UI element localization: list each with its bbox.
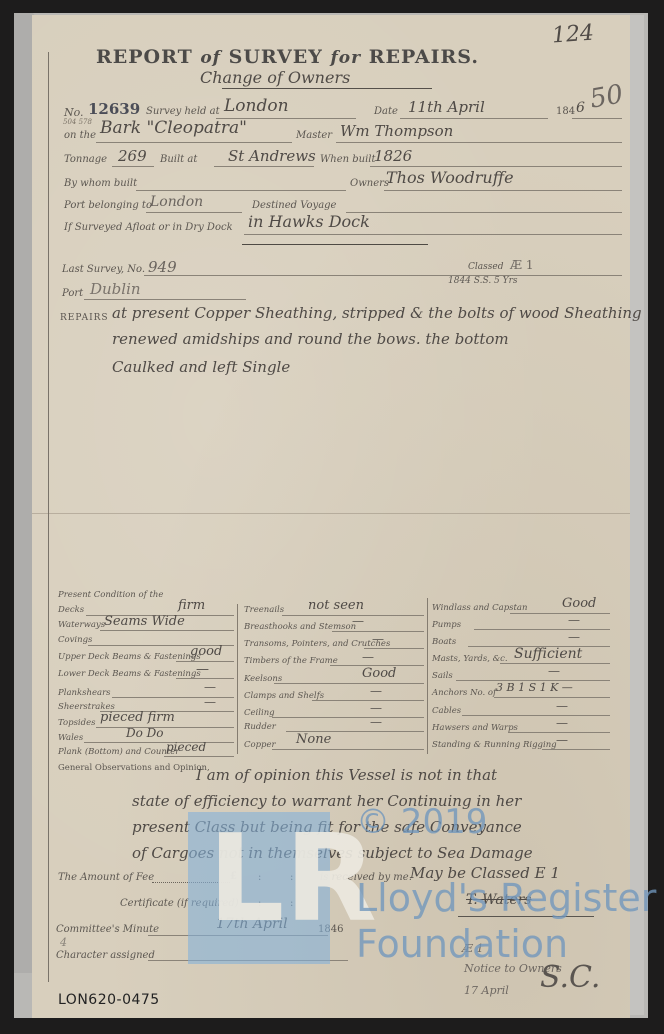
watermark-org-line-2: Foundation bbox=[356, 922, 568, 966]
port-rule bbox=[84, 299, 246, 300]
by-whom-built-label: By whom built bbox=[64, 178, 137, 189]
sails-label: Sails bbox=[432, 671, 453, 681]
when-built-value: 1826 bbox=[374, 147, 412, 165]
windlass-label: Windlass and Capstan bbox=[432, 603, 527, 613]
cables-rule bbox=[462, 715, 610, 716]
classed-value: Æ 1 bbox=[510, 258, 533, 272]
treenails-label: Treenails bbox=[244, 605, 284, 615]
margin-rule bbox=[48, 52, 49, 982]
repairs-line-3: Caulked and left Single bbox=[112, 358, 290, 376]
keelsons-value: Good bbox=[362, 666, 396, 681]
waterways-value: Seams Wide bbox=[104, 614, 185, 629]
repairs-line-2: renewed amidships and round the bows. th… bbox=[112, 330, 509, 348]
pumps-rule bbox=[474, 629, 610, 630]
by-whom-built-rule bbox=[136, 190, 346, 191]
clamps-shelfs-rule bbox=[312, 700, 424, 701]
copper-rule bbox=[272, 749, 424, 750]
port-belonging-value: London bbox=[150, 194, 203, 210]
copper-value: None bbox=[296, 732, 331, 747]
note-line-3: 17 April bbox=[464, 984, 509, 997]
condition-col-divider-2 bbox=[427, 598, 428, 754]
title-word-for: for bbox=[330, 48, 361, 68]
character-assigned-label: Character assigned bbox=[56, 950, 155, 961]
anchors-rule bbox=[494, 697, 610, 698]
survey-held-value: London bbox=[224, 96, 289, 116]
last-survey-value: 949 bbox=[148, 258, 177, 276]
vessel-name: Bark "Cleopatra" bbox=[100, 118, 247, 138]
master-label: Master bbox=[296, 130, 332, 141]
pumps-label: Pumps bbox=[432, 620, 461, 630]
rudder-value: — bbox=[370, 715, 382, 729]
owners-rule bbox=[384, 190, 622, 191]
hawsers-warps-value: — bbox=[556, 716, 568, 730]
port-label: Port bbox=[62, 288, 83, 299]
lower-deck-beams-rule bbox=[176, 678, 234, 679]
rigging-rule bbox=[542, 749, 610, 750]
topsides-value: pieced firm bbox=[100, 710, 175, 725]
plank-bottom-counter-rule bbox=[164, 756, 234, 757]
survey-held-label: Survey held at bbox=[146, 106, 220, 117]
destined-voyage-rule bbox=[346, 212, 622, 213]
keelsons-rule bbox=[274, 683, 424, 684]
title-word-of: of bbox=[200, 48, 221, 68]
classed-note: 1844 S.S. 5 Yrs bbox=[448, 276, 518, 286]
clamps-shelfs-value: — bbox=[370, 684, 382, 698]
corner-mark: 50 bbox=[588, 79, 626, 114]
vessel-rule bbox=[96, 142, 292, 143]
masts-yards-value: Sufficient bbox=[514, 646, 582, 662]
survey-subnumber: 504 578 bbox=[63, 118, 92, 126]
ceiling-rule bbox=[272, 717, 424, 718]
side-mark: 4 bbox=[60, 936, 67, 949]
title-word-repairs: REPAIRS. bbox=[369, 46, 479, 68]
subtitle-change-of-owners: Change of Owners bbox=[200, 68, 350, 87]
surveyed-afloat-rule bbox=[244, 234, 622, 235]
sails-value: — bbox=[548, 664, 560, 678]
classed-label: Classed bbox=[468, 262, 503, 272]
built-at-label: Built at bbox=[160, 154, 197, 165]
surveyed-afloat-label: If Surveyed Afloat or in Dry Dock bbox=[64, 222, 233, 233]
topsides-label: Topsides bbox=[58, 718, 95, 728]
master-rule bbox=[336, 142, 622, 143]
year-printed: 184 bbox=[556, 106, 575, 117]
wales-value: Do Do bbox=[126, 726, 164, 740]
transoms-rule bbox=[364, 648, 424, 649]
cables-value: — bbox=[556, 699, 568, 713]
wales-rule bbox=[84, 742, 234, 743]
lr-logo-watermark: LR bbox=[188, 812, 330, 964]
hawsers-warps-label: Hawsers and Warps bbox=[432, 723, 518, 733]
repairs-line-1: at present Copper Sheathing, stripped & … bbox=[112, 304, 642, 322]
cables-label: Cables bbox=[432, 706, 461, 716]
plank-bottom-counter-label: Plank (Bottom) and Counter bbox=[58, 747, 179, 757]
tonnage-value: 269 bbox=[118, 147, 147, 165]
lower-deck-beams-value: — bbox=[196, 662, 209, 677]
ceiling-value: — bbox=[370, 701, 382, 715]
destined-voyage-label: Destined Voyage bbox=[252, 200, 336, 211]
surveyed-afloat-value: in Hawks Dock bbox=[248, 212, 370, 231]
observations-label: General Observations and Opinion, bbox=[58, 763, 210, 773]
folio-number: 124 bbox=[551, 21, 595, 49]
title-word-survey: SURVEY bbox=[229, 46, 323, 68]
port-belonging-rule bbox=[146, 212, 242, 213]
title-word-report: REPORT bbox=[96, 46, 193, 68]
copper-label: Copper bbox=[244, 740, 276, 750]
upper-deck-beams-value: good bbox=[190, 644, 222, 659]
lr-logo-letter: LR bbox=[208, 820, 377, 940]
built-at-value: St Andrews bbox=[228, 147, 316, 165]
year-rule bbox=[572, 118, 622, 119]
windlass-rule bbox=[510, 613, 610, 614]
plank-bottom-counter-value: pieced bbox=[166, 740, 206, 754]
pumps-value: — bbox=[568, 613, 580, 627]
tonnage-label: Tonnage bbox=[64, 154, 107, 165]
plankshears-value: — bbox=[204, 680, 216, 694]
covings-label: Covings bbox=[58, 635, 92, 645]
timbers-frame-value: — bbox=[362, 650, 374, 664]
last-survey-label: Last Survey, No. bbox=[62, 264, 145, 275]
port-belonging-label: Port belonging to bbox=[64, 200, 152, 211]
owners-value: Thos Woodruffe bbox=[386, 168, 514, 187]
committees-minute-label: Committee's Minute bbox=[56, 924, 159, 935]
topsides-rule bbox=[96, 727, 234, 728]
last-survey-rule bbox=[144, 275, 622, 276]
page-title: REPORT of SURVEY for REPAIRS. bbox=[96, 46, 479, 68]
date-value: 11th April bbox=[408, 98, 485, 116]
watermark-copyright: © 2019 bbox=[356, 802, 487, 842]
rigging-label: Standing & Running Rigging bbox=[432, 740, 557, 750]
ceiling-label: Ceiling bbox=[244, 708, 275, 718]
boats-label: Boats bbox=[432, 637, 456, 647]
boats-value: — bbox=[568, 630, 580, 644]
sheerstrakes-value: — bbox=[204, 695, 216, 709]
anchors-label: Anchors No. of bbox=[432, 688, 496, 698]
date-label: Date bbox=[374, 106, 398, 117]
owners-label: Owners bbox=[350, 178, 389, 189]
plankshears-label: Plankshears bbox=[58, 688, 111, 698]
when-built-label: When built bbox=[320, 154, 376, 165]
breasthooks-value: — bbox=[352, 614, 364, 628]
timbers-frame-label: Timbers of the Frame bbox=[244, 656, 338, 666]
rigging-value: — bbox=[556, 733, 568, 747]
treenails-value: not seen bbox=[308, 598, 364, 613]
year-written: 6 bbox=[576, 100, 585, 116]
wales-label: Wales bbox=[58, 733, 83, 743]
section-divider-short bbox=[242, 244, 428, 245]
when-built-rule bbox=[370, 166, 622, 167]
on-the-label: on the bbox=[64, 130, 96, 141]
built-at-rule bbox=[214, 166, 314, 167]
subtitle-underline bbox=[222, 88, 432, 89]
repairs-label: REPAIRS bbox=[60, 313, 109, 323]
fee-label: The Amount of Fee bbox=[58, 872, 154, 883]
master-value: Wm Thompson bbox=[340, 122, 453, 140]
port-value: Dublin bbox=[90, 280, 141, 298]
decks-label: Decks bbox=[58, 605, 84, 615]
rudder-label: Rudder bbox=[244, 722, 276, 732]
transoms-value: — bbox=[372, 632, 384, 646]
date-rule bbox=[400, 118, 548, 119]
paper-fold bbox=[32, 513, 630, 514]
archive-reference: LON620-0475 bbox=[58, 992, 160, 1008]
windlass-value: Good bbox=[562, 596, 596, 611]
watermark-org-line-1: Lloyd's Register bbox=[356, 876, 656, 920]
condition-heading: Present Condition of the bbox=[58, 590, 163, 600]
survey-number: 12639 bbox=[88, 100, 140, 118]
anchors-value: 3 B 1 S 1 K — bbox=[496, 681, 573, 694]
condition-col-divider-1 bbox=[237, 604, 238, 754]
tonnage-rule bbox=[112, 166, 154, 167]
decks-value: firm bbox=[178, 598, 205, 613]
waterways-rule bbox=[100, 630, 234, 631]
observations-line-1: I am of opinion this Vessel is not in th… bbox=[196, 766, 497, 784]
waterways-label: Waterways bbox=[58, 620, 105, 630]
masts-yards-label: Masts, Yards, &c. bbox=[432, 654, 508, 664]
